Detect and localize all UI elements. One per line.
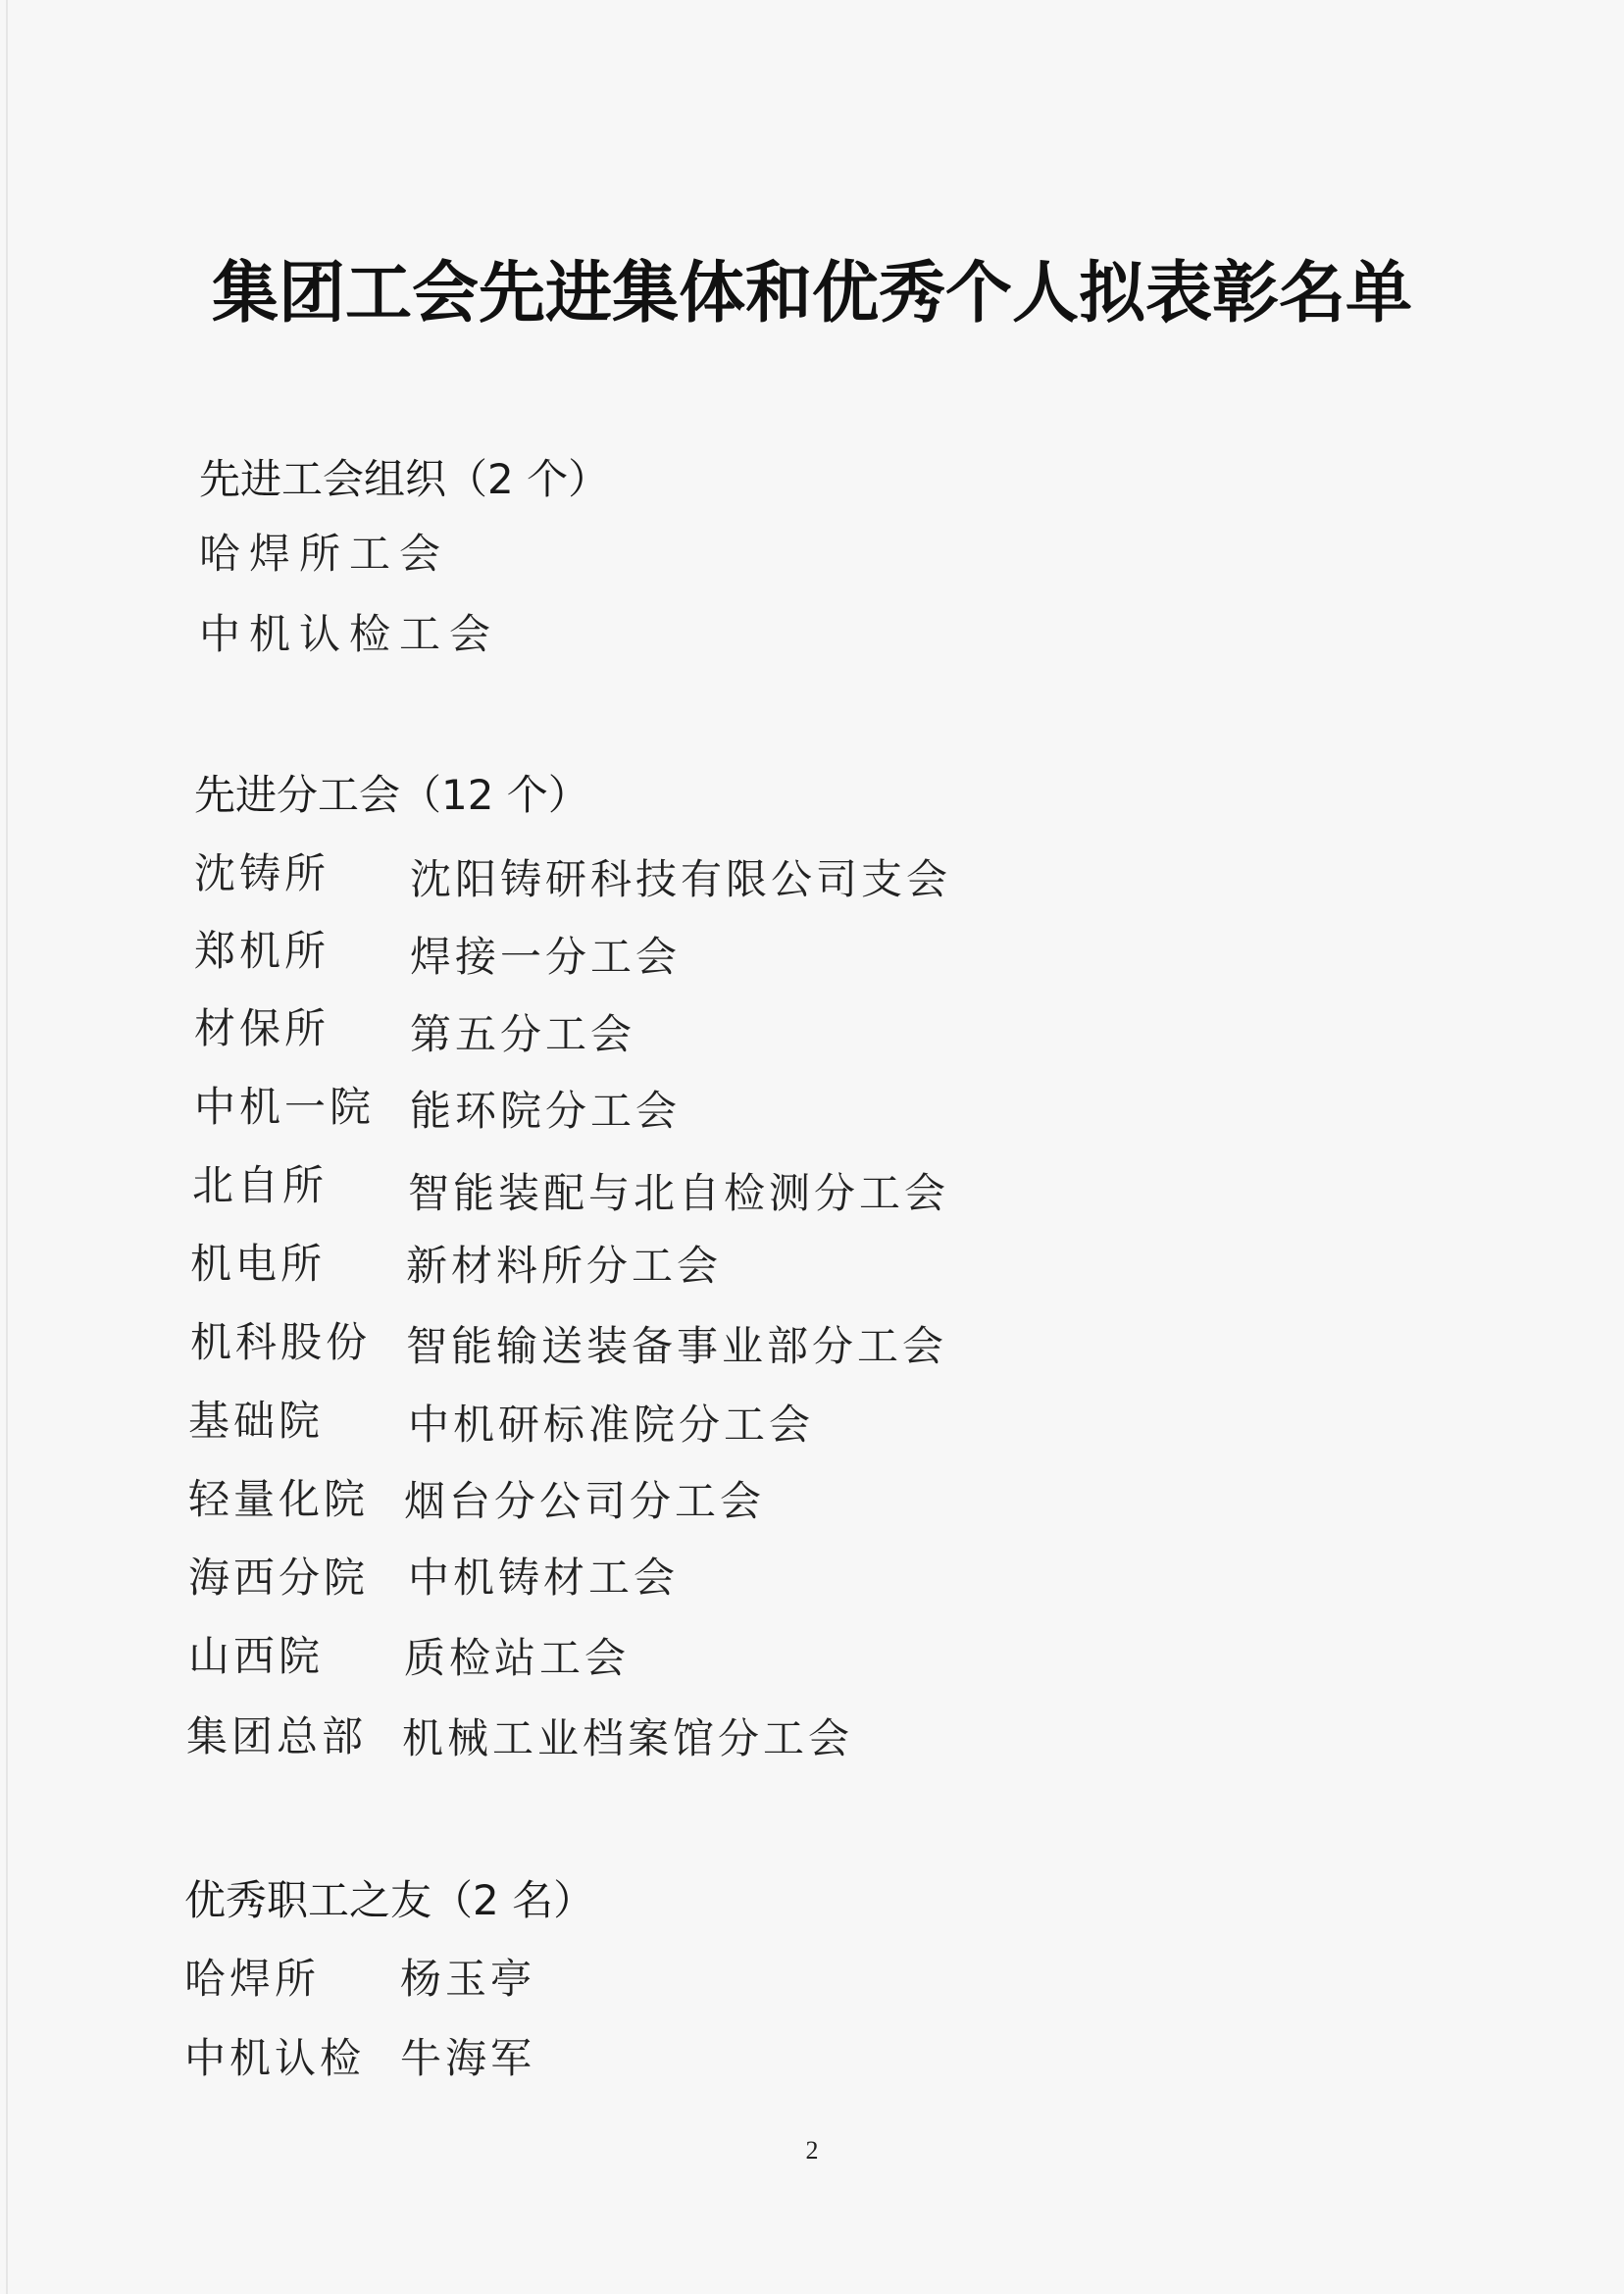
branch-name: 烟台分公司分工会	[404, 1469, 765, 1528]
person-name: 杨玉亭	[400, 1947, 535, 2006]
unit-name: 山西院	[188, 1624, 324, 1683]
unit-name: 中机认检	[184, 2026, 365, 2085]
branch-name: 第五分工会	[410, 1002, 635, 1061]
unit-name: 郑机所	[194, 919, 330, 978]
page-number: 2	[0, 2136, 1624, 2166]
section-header-advanced-branch-unions: 先进分工会（12 个）	[194, 763, 589, 822]
person-name: 牛海军	[400, 2026, 535, 2085]
section-header-advanced-union-organizations: 先进工会组织（2 个）	[199, 447, 609, 506]
unit-name: 海西分院	[188, 1546, 369, 1605]
unit-name: 轻量化院	[188, 1467, 369, 1526]
branch-name: 新材料所分工会	[406, 1234, 722, 1293]
unit-name: 机电所	[190, 1232, 326, 1291]
branch-name: 中机研标准院分工会	[408, 1393, 814, 1452]
branch-name: 焊接一分工会	[410, 925, 681, 984]
page-edge	[6, 0, 8, 2294]
unit-name: 集团总部	[186, 1705, 367, 1763]
branch-name: 机械工业档案馆分工会	[402, 1707, 853, 1765]
unit-name: 北自所	[192, 1153, 328, 1212]
branch-name: 智能输送装备事业部分工会	[406, 1314, 947, 1373]
branch-name: 智能装配与北自检测分工会	[408, 1161, 949, 1220]
branch-name: 沈阳铸研科技有限公司支会	[410, 847, 951, 906]
unit-name: 基础院	[188, 1389, 324, 1448]
branch-name: 能环院分工会	[410, 1079, 681, 1138]
list-item: 中机认检工会	[199, 602, 499, 661]
branch-name: 中机铸材工会	[408, 1546, 679, 1605]
section-header-outstanding-friends-of-workers: 优秀职工之友（2 名）	[184, 1868, 594, 1927]
unit-name: 沈铸所	[194, 841, 330, 900]
unit-name: 机科股份	[190, 1310, 371, 1369]
unit-name: 中机一院	[194, 1075, 375, 1134]
branch-name: 质检站工会	[404, 1626, 630, 1685]
unit-name: 哈焊所	[184, 1947, 320, 2006]
list-item: 哈焊所工会	[199, 522, 449, 581]
unit-name: 材保所	[194, 996, 330, 1055]
document-title: 集团工会先进集体和优秀个人拟表彰名单	[0, 240, 1624, 335]
